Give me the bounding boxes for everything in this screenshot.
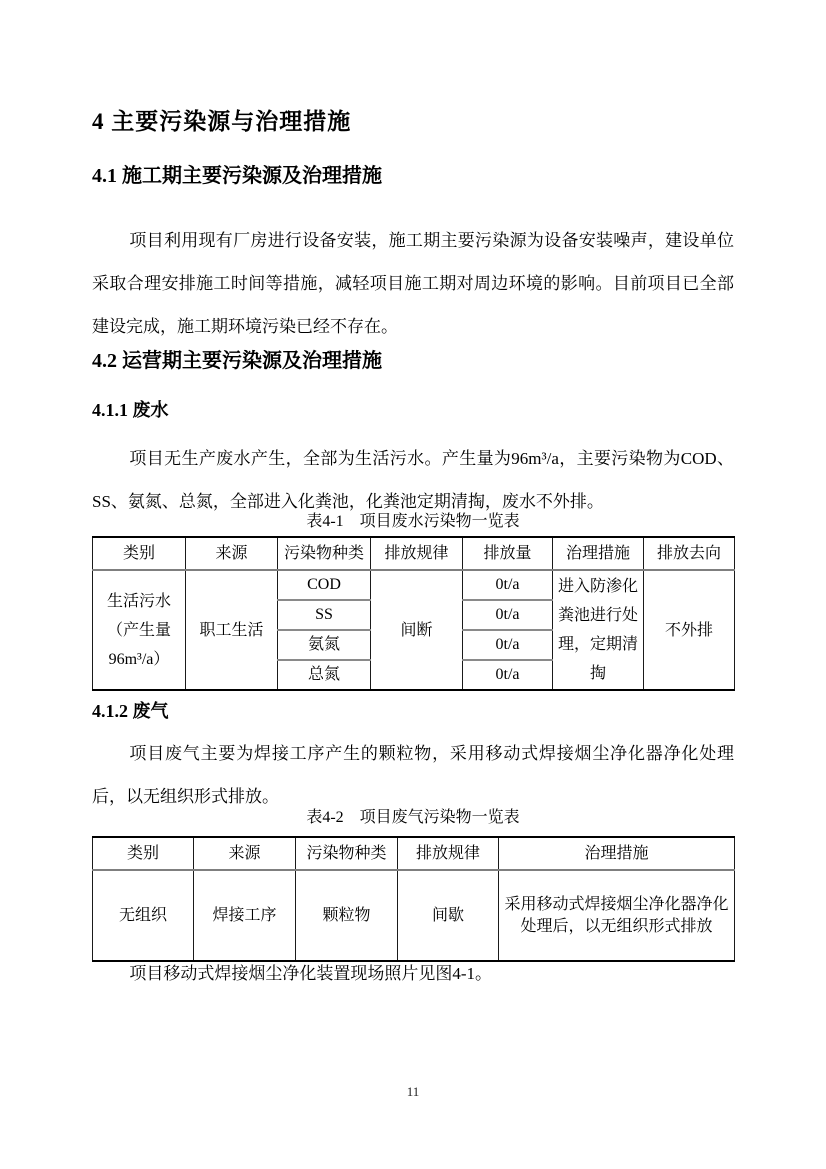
cell-source: 焊接工序 xyxy=(194,870,296,961)
column-header-treatment: 治理措施 xyxy=(499,837,735,870)
column-header-treatment: 治理措施 xyxy=(553,537,644,570)
cell-pollutant-ss: SS xyxy=(278,600,371,630)
cell-regularity: 间断 xyxy=(371,570,463,690)
cell-regularity: 间歇 xyxy=(398,870,499,961)
table-row: 无组织 焊接工序 颗粒物 间歇 采用移动式焊接烟尘净化器净化处理后，以无组织形式… xyxy=(93,870,735,961)
section-4-1-heading: 4.1 施工期主要污染源及治理措施 xyxy=(92,159,734,188)
column-header-category: 类别 xyxy=(93,837,194,870)
cell-amount-ss: 0t/a xyxy=(463,600,553,630)
cell-pollutant: 颗粒物 xyxy=(296,870,398,961)
paragraph-construction: 项目利用现有厂房进行设备安装，施工期主要污染源为设备安装噪声，建设单位采取合理安… xyxy=(92,219,734,348)
cell-category: 生活污水（产生量96m³/a） xyxy=(93,570,186,690)
cell-category: 无组织 xyxy=(93,870,194,961)
cell-amount-cod: 0t/a xyxy=(463,570,553,600)
table-4-1-caption: 表4-1 项目废水污染物一览表 xyxy=(92,508,734,531)
column-header-category: 类别 xyxy=(93,537,186,570)
cell-pollutant-cod: COD xyxy=(278,570,371,600)
column-header-source: 来源 xyxy=(194,837,296,870)
paragraph-photo-note: 项目移动式焊接烟尘净化装置现场照片见图4-1。 xyxy=(92,961,734,987)
document-page: 4 主要污染源与治理措施 4.1 施工期主要污染源及治理措施 项目利用现有厂房进… xyxy=(0,0,826,1169)
table-row: 生活污水（产生量96m³/a） 职工生活 COD 间断 0t/a 进入防渗化粪池… xyxy=(93,570,735,600)
column-header-emission-amount: 排放量 xyxy=(463,537,553,570)
chapter-heading: 4 主要污染源与治理措施 xyxy=(92,103,734,136)
section-4-2-heading: 4.2 运营期主要污染源及治理措施 xyxy=(92,344,734,373)
page-number: 11 xyxy=(92,1084,734,1100)
table-4-2: 类别 来源 污染物种类 排放规律 治理措施 无组织 焊接工序 颗粒物 间歇 采用… xyxy=(92,836,735,962)
cell-destination: 不外排 xyxy=(644,570,735,690)
column-header-source: 来源 xyxy=(186,537,278,570)
column-header-pollutant-type: 污染物种类 xyxy=(278,537,371,570)
cell-source: 职工生活 xyxy=(186,570,278,690)
cell-amount-nh3n: 0t/a xyxy=(463,630,553,660)
column-header-emission-pattern: 排放规律 xyxy=(371,537,463,570)
column-header-pollutant-type: 污染物种类 xyxy=(296,837,398,870)
column-header-destination: 排放去向 xyxy=(644,537,735,570)
cell-treatment: 进入防渗化粪池进行处理，定期清掏 xyxy=(553,570,644,690)
table-4-2-header-row: 类别 来源 污染物种类 排放规律 治理措施 xyxy=(93,837,735,870)
section-4-1-1-heading: 4.1.1 废水 xyxy=(92,396,734,422)
cell-amount-tn: 0t/a xyxy=(463,660,553,690)
table-4-2-caption: 表4-2 项目废气污染物一览表 xyxy=(92,804,734,827)
table-4-1-header-row: 类别 来源 污染物种类 排放规律 排放量 治理措施 排放去向 xyxy=(93,537,735,570)
cell-pollutant-tn: 总氮 xyxy=(278,660,371,690)
column-header-emission-pattern: 排放规律 xyxy=(398,837,499,870)
cell-pollutant-nh3n: 氨氮 xyxy=(278,630,371,660)
cell-treatment: 采用移动式焊接烟尘净化器净化处理后，以无组织形式排放 xyxy=(499,870,735,961)
section-4-1-2-heading: 4.1.2 废气 xyxy=(92,697,734,723)
table-4-1: 类别 来源 污染物种类 排放规律 排放量 治理措施 排放去向 生活污水（产生量9… xyxy=(92,536,735,691)
